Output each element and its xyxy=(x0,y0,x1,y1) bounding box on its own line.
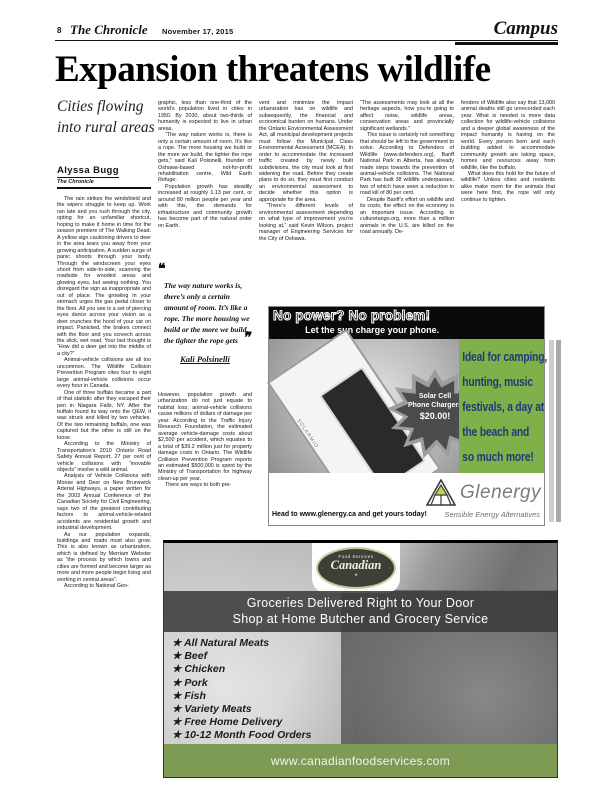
newspaper-page: 8 The Chronicle November 17, 2015 Campus… xyxy=(0,0,612,792)
article-column-1: The rain strikes the windshield and the … xyxy=(57,196,151,776)
text-paragraph: fenders of Wildlife also say that 13,000… xyxy=(461,100,555,171)
text-paragraph: graphic, less than one-third of the worl… xyxy=(158,100,252,132)
section-title: Campus xyxy=(494,18,558,40)
glenergy-cta: Head to www.glenergy.ca and get yours to… xyxy=(272,511,427,518)
text-paragraph: What does this hold for the future of wi… xyxy=(461,171,555,203)
article-column-2-bottom: However, population growth and urbanizat… xyxy=(158,392,252,537)
glenergy-ad-headline: No power? No problem! xyxy=(273,308,430,323)
text-paragraph: “The way nature works is, there is only … xyxy=(158,132,252,184)
canadian-logo-script: Canadian xyxy=(318,559,394,572)
article-column-2-top: graphic, less than one-third of the worl… xyxy=(158,100,252,258)
text-paragraph: ★ Chicken xyxy=(172,663,312,676)
text-paragraph: festivals, a day at xyxy=(462,395,528,420)
groceries-banner-line2: Shop at Home Butcher and Grocery Service xyxy=(164,612,557,626)
glenergy-ad: No power? No problem! Let the sun charge… xyxy=(268,306,545,526)
text-paragraph: However, population growth and urbanizat… xyxy=(158,392,252,482)
header-rule-thick xyxy=(455,42,558,45)
groceries-banner-line1: Groceries Delivered Right to Your Door xyxy=(164,596,557,610)
text-paragraph: According to the Ministry of Transportat… xyxy=(57,441,151,473)
article-column-5: fenders of Wildlife also say that 13,000… xyxy=(461,100,555,302)
star-icon: ★ xyxy=(318,572,394,577)
ad-edge-shadow-dark xyxy=(556,340,561,522)
glenergy-tagline: Sensible Energy Alternatives xyxy=(444,510,540,519)
text-paragraph: There are ways to both pre- xyxy=(158,482,252,488)
byline-author: Alyssa Bugg xyxy=(57,165,119,178)
text-paragraph: vent and minimize the impact urbanizatio… xyxy=(259,100,353,203)
pull-quote-body: The way nature works is, there’s only a … xyxy=(164,281,249,345)
issue-date: November 17, 2015 xyxy=(162,27,233,36)
byline-rule xyxy=(57,187,151,189)
glenergy-wordmark: Glenergy xyxy=(460,482,541,504)
text-paragraph: Animal-vehicle collisions are all too un… xyxy=(57,357,151,389)
canadian-url: www.canadianfoodservices.com xyxy=(271,754,450,768)
glenergy-brand-strip: Glenergy Head to www.glenergy.ca and get… xyxy=(269,473,544,525)
text-paragraph: ★ Free Home Delivery xyxy=(172,716,312,729)
glenergy-triangle-icon xyxy=(426,479,456,506)
text-paragraph: “There’s different levels of environment… xyxy=(259,203,353,242)
pull-quote: ❝ The way nature works is, there’s only … xyxy=(158,260,252,388)
byline-block: Alyssa Bugg The Chronicle xyxy=(57,160,151,194)
text-paragraph: ★ Variety Meats xyxy=(172,703,312,716)
text-paragraph: One of three buffalo became a part of th… xyxy=(57,390,151,442)
close-quote-icon: ❞ xyxy=(242,335,250,343)
solar-charger-photo: SOLARMIO Solar Cell Phone Chargers $20.0… xyxy=(269,339,459,473)
article-headline: Expansion threatens wildlife xyxy=(55,48,560,91)
groceries-banner: Groceries Delivered Right to Your Door S… xyxy=(164,591,557,632)
product-list: ★ All Natural Meats★ Beef★ Chicken★ Pork… xyxy=(172,637,312,743)
text-paragraph: ★ All Natural Meats xyxy=(172,637,312,650)
text-paragraph: The rain strikes the windshield and the … xyxy=(57,196,151,357)
canadian-food-ad: Food Services Canadian ★ Groceries Deliv… xyxy=(163,540,558,778)
green-panel-text: Ideal for camping,hunting, musicfestival… xyxy=(459,339,529,470)
article-subhead: Cities flowing into rural areas xyxy=(57,96,157,158)
text-paragraph: hunting, music xyxy=(462,370,528,395)
page-number: 8 xyxy=(57,26,61,35)
text-paragraph: This issue is certainly not something th… xyxy=(360,132,454,197)
text-paragraph: ★ Pork xyxy=(172,677,312,690)
product-label: SOLARMIO xyxy=(295,418,319,450)
byline-publication: The Chronicle xyxy=(57,179,151,185)
text-paragraph: the beach and xyxy=(462,420,528,445)
canadian-url-bar: www.canadianfoodservices.com xyxy=(164,744,557,777)
article-column-4: “The assessments may look at all the her… xyxy=(360,100,454,302)
pull-quote-text: The way nature works is, there’s only a … xyxy=(158,278,252,346)
glenergy-logo: Glenergy xyxy=(426,479,541,506)
green-benefits-panel: Ideal for camping,hunting, musicfestival… xyxy=(459,339,544,473)
text-paragraph: As our population expands, buildings and… xyxy=(57,532,151,584)
open-quote-icon: ❝ xyxy=(158,262,166,277)
text-paragraph: so much more! xyxy=(462,445,528,470)
text-paragraph: ★ Fish xyxy=(172,690,312,703)
text-paragraph: Ideal for camping, xyxy=(462,345,528,370)
masthead: The Chronicle xyxy=(70,22,148,38)
header-rule xyxy=(55,40,558,41)
text-paragraph: ★ Beef xyxy=(172,650,312,663)
text-paragraph: Population growth has steadily increased… xyxy=(158,184,252,229)
canadian-logo: Food Services Canadian ★ xyxy=(316,547,396,589)
text-paragraph: Analysis of Vehicle Collisions with Moos… xyxy=(57,473,151,531)
glenergy-ad-subheadline: Let the sun charge your phone. xyxy=(269,325,475,335)
text-paragraph: “The assessments may look at all the her… xyxy=(360,100,454,132)
article-column-3: vent and minimize the impact urbanizatio… xyxy=(259,100,353,302)
glenergy-ad-header: No power? No problem! Let the sun charge… xyxy=(269,307,544,339)
ad-edge-shadow-light xyxy=(549,340,554,522)
text-paragraph: Despite Banff’s effort on wildlife and i… xyxy=(360,197,454,236)
canadian-logo-badge: Food Services Canadian ★ xyxy=(312,543,400,593)
text-paragraph: ★ 10-12 Month Food Orders xyxy=(172,729,312,742)
pull-quote-attribution: Kali Polsinelli xyxy=(158,354,252,364)
text-paragraph: According to National Geo- xyxy=(57,583,151,589)
